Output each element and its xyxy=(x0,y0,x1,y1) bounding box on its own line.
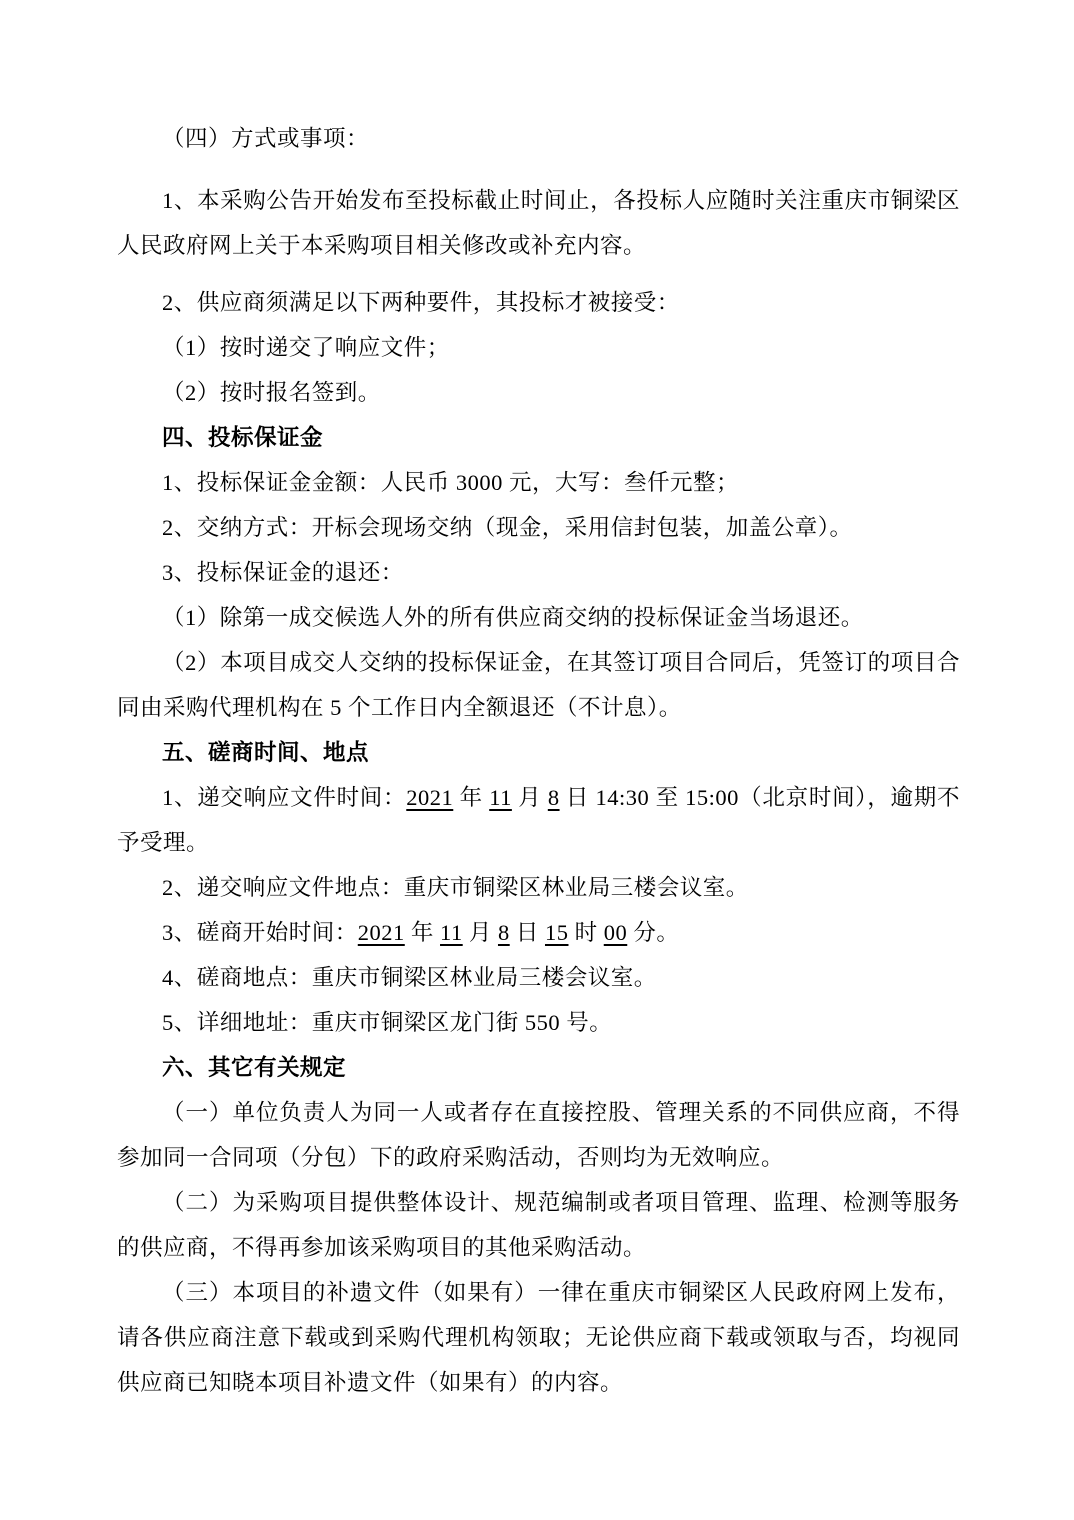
text-run: 时 xyxy=(568,920,603,945)
section-heading-6: 六、其它有关规定 xyxy=(117,1045,960,1090)
para-negotiation-start-time: 3、磋商开始时间：2021 年 11 月 8 日 15 时 00 分。 xyxy=(117,910,960,955)
text-run: 2、递交响应文件地点：重庆市铜梁区林业局三楼会议室。 xyxy=(162,875,749,900)
underlined-value: 2021 xyxy=(406,785,453,810)
underlined-value: 11 xyxy=(489,785,512,810)
text-run: 1、本采购公告开始发布至投标截止时间止，各投标人应随时关注重庆市铜梁区人民政府网… xyxy=(117,188,960,258)
text-run: 2、交纳方式：开标会现场交纳（现金，采用信封包装，加盖公章）。 xyxy=(162,515,853,540)
text-run: （1）按时递交了响应文件； xyxy=(162,335,450,360)
text-run: （二）为采购项目提供整体设计、规范编制或者项目管理、监理、检测等服务的供应商，不… xyxy=(117,1190,960,1260)
text-run: （1）除第一成交候选人外的所有供应商交纳的投标保证金当场退还。 xyxy=(162,605,864,630)
text-run: 四、投标保证金 xyxy=(162,425,323,450)
para-deposit-payment: 2、交纳方式：开标会现场交纳（现金，采用信封包装，加盖公章）。 xyxy=(117,505,960,550)
para-submission-time: 1、递交响应文件时间：2021 年 11 月 8 日 14:30 至 15:00… xyxy=(117,775,960,865)
para-other-rule-3: （三）本项目的补遗文件（如果有）一律在重庆市铜梁区人民政府网上发布，请各供应商注… xyxy=(117,1270,960,1405)
text-run: 2、供应商须满足以下两种要件，其投标才被接受： xyxy=(162,290,680,315)
para-supplier-requirements: 2、供应商须满足以下两种要件，其投标才被接受： xyxy=(117,280,960,325)
section-heading-4: 四、投标保证金 xyxy=(117,415,960,460)
text-run: （四）方式或事项： xyxy=(162,126,369,151)
para-deposit-refund-title: 3、投标保证金的退还： xyxy=(117,550,960,595)
text-run: 3、磋商开始时间： xyxy=(162,920,358,945)
text-run: （2）按时报名签到。 xyxy=(162,380,381,405)
text-run: 五、磋商时间、地点 xyxy=(162,740,369,765)
underlined-value: 11 xyxy=(440,920,463,945)
document-page: （四）方式或事项：1、本采购公告开始发布至投标截止时间止，各投标人应随时关注重庆… xyxy=(0,0,1074,1520)
underlined-value: 8 xyxy=(548,785,560,810)
text-run: （2）本项目成交人交纳的投标保证金，在其签订项目合同后，凭签订的项目合同由采购代… xyxy=(117,650,960,720)
underlined-value: 15 xyxy=(545,920,569,945)
text-run: 5、详细地址：重庆市铜梁区龙门街 550 号。 xyxy=(162,1010,612,1035)
text-run: （三）本项目的补遗文件（如果有）一律在重庆市铜梁区人民政府网上发布，请各供应商注… xyxy=(117,1280,960,1395)
text-run: 4、磋商地点：重庆市铜梁区林业局三楼会议室。 xyxy=(162,965,657,990)
text-run: 1、递交响应文件时间： xyxy=(162,785,406,810)
text-run: 年 xyxy=(453,785,489,810)
para-other-rule-1: （一）单位负责人为同一人或者存在直接控股、管理关系的不同供应商，不得参加同一合同… xyxy=(117,1090,960,1180)
para-submission-place: 2、递交响应文件地点：重庆市铜梁区林业局三楼会议室。 xyxy=(117,865,960,910)
underlined-value: 8 xyxy=(498,920,510,945)
para-detailed-address: 5、详细地址：重庆市铜梁区龙门街 550 号。 xyxy=(117,1000,960,1045)
document-body: （四）方式或事项：1、本采购公告开始发布至投标截止时间止，各投标人应随时关注重庆… xyxy=(117,116,960,1405)
subsection-4-title: （四）方式或事项： xyxy=(117,116,960,161)
text-run: 3、投标保证金的退还： xyxy=(162,560,404,585)
text-run: （一）单位负责人为同一人或者存在直接控股、管理关系的不同供应商，不得参加同一合同… xyxy=(117,1100,960,1170)
text-run: 1、投标保证金金额：人民币 3000 元，大写：叁仟元整； xyxy=(162,470,739,495)
text-run: 月 xyxy=(512,785,548,810)
text-run: 六、其它有关规定 xyxy=(162,1055,346,1080)
para-deposit-refund-1: （1）除第一成交候选人外的所有供应商交纳的投标保证金当场退还。 xyxy=(117,595,960,640)
para-deposit-refund-2: （2）本项目成交人交纳的投标保证金，在其签订项目合同后，凭签订的项目合同由采购代… xyxy=(117,640,960,730)
text-run: 日 xyxy=(510,920,545,945)
para-requirement-2: （2）按时报名签到。 xyxy=(117,370,960,415)
section-heading-5: 五、磋商时间、地点 xyxy=(117,730,960,775)
text-run: 年 xyxy=(405,920,440,945)
underlined-value: 2021 xyxy=(358,920,405,945)
para-negotiation-place: 4、磋商地点：重庆市铜梁区林业局三楼会议室。 xyxy=(117,955,960,1000)
para-requirement-1: （1）按时递交了响应文件； xyxy=(117,325,960,370)
para-deposit-amount: 1、投标保证金金额：人民币 3000 元，大写：叁仟元整； xyxy=(117,460,960,505)
para-notice-announcement: 1、本采购公告开始发布至投标截止时间止，各投标人应随时关注重庆市铜梁区人民政府网… xyxy=(117,178,960,268)
underlined-value: 00 xyxy=(604,920,628,945)
text-run: 月 xyxy=(463,920,498,945)
para-other-rule-2: （二）为采购项目提供整体设计、规范编制或者项目管理、监理、检测等服务的供应商，不… xyxy=(117,1180,960,1270)
text-run: 分。 xyxy=(627,920,679,945)
